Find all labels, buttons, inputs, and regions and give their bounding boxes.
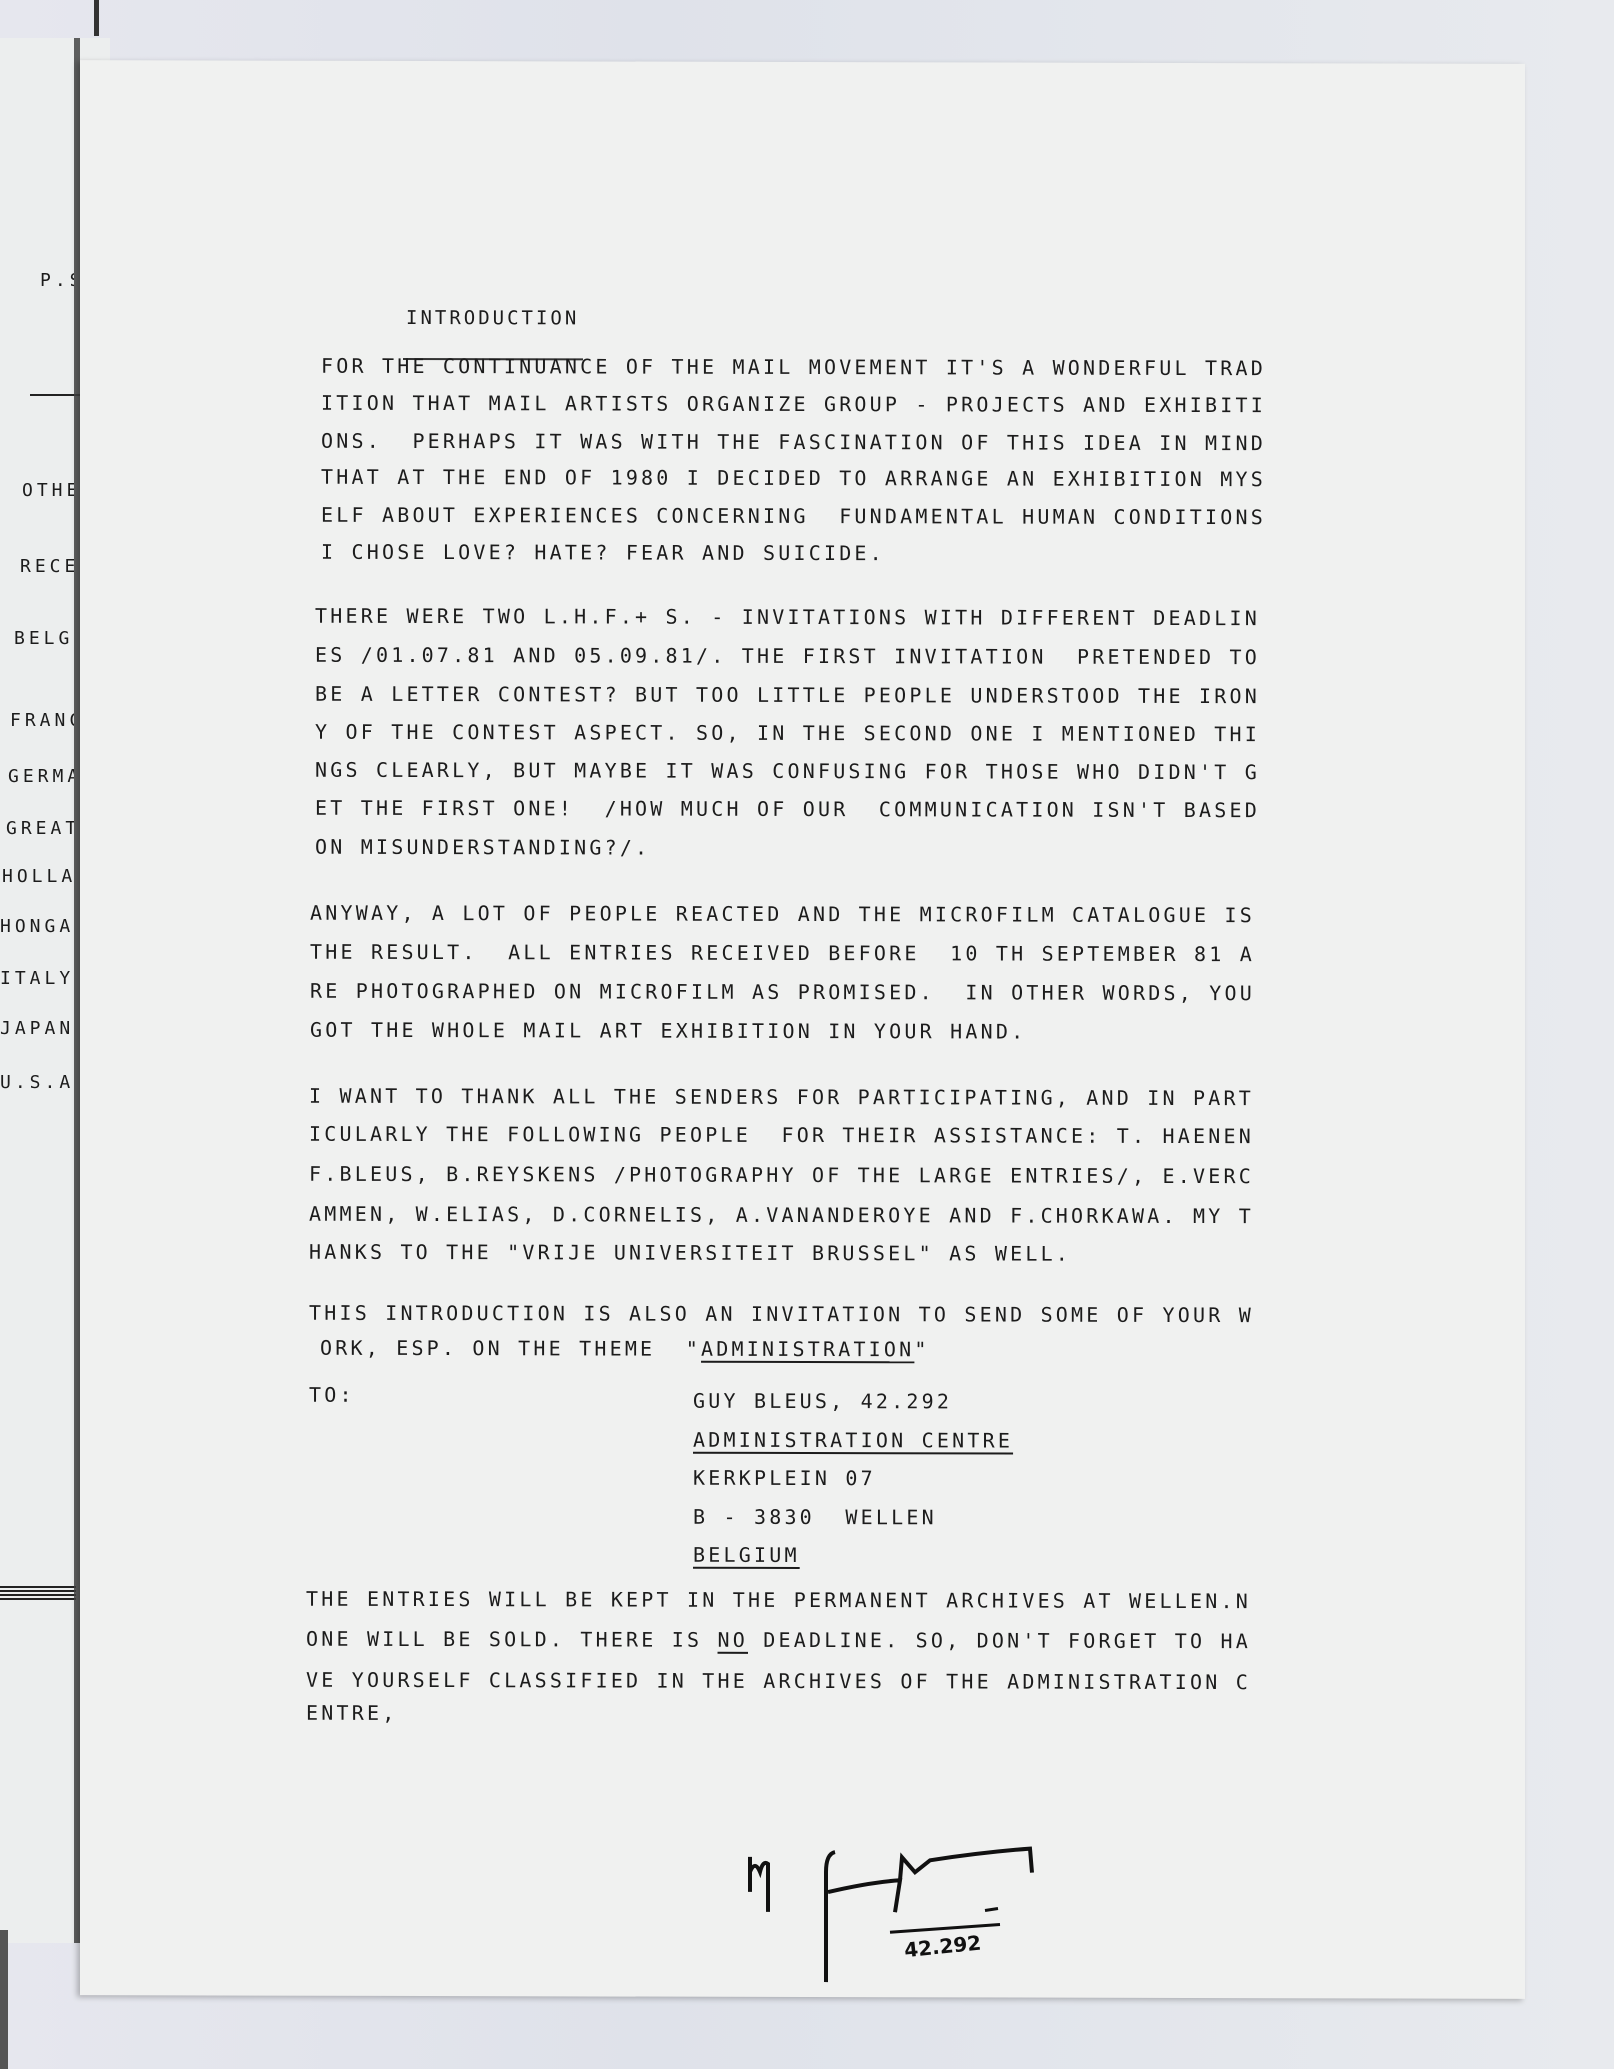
text-line: ES /01.07.81 AND 05.09.81/. THE FIRST IN…: [315, 643, 1260, 669]
back-sheet-item: U.S.A.: [0, 1072, 74, 1093]
text-line: ONS. PERHAPS IT WAS WITH THE FASCINATION…: [321, 429, 1266, 455]
text-line: ITION THAT MAIL ARTISTS ORGANIZE GROUP -…: [321, 391, 1266, 417]
text-line: ET THE FIRST ONE! /HOW MUCH OF OUR COMMU…: [315, 796, 1260, 822]
theme-word: ADMINISTRATION: [701, 1337, 914, 1362]
text-line: ELF ABOUT EXPERIENCES CONCERNING FUNDAME…: [321, 503, 1266, 529]
text-line: THAT AT THE END OF 1980 I DECIDED TO ARR…: [321, 465, 1266, 491]
text-line: NGS CLEARLY, BUT MAYBE IT WAS CONFUSING …: [315, 758, 1260, 784]
back-sheet-item: RECE: [20, 556, 74, 577]
address-name: GUY BLEUS, 42.292: [693, 1389, 952, 1414]
text-line: THERE WERE TWO L.H.F.+ S. - INVITATIONS …: [315, 604, 1260, 630]
back-sheet-item: GERMA: [8, 766, 74, 787]
closing-line-2: ONE WILL BE SOLD. THERE IS NO DEADLINE. …: [306, 1627, 1251, 1653]
back-sheet-item: BELG: [14, 628, 74, 649]
text-line: F.BLEUS, B.REYSKENS /PHOTOGRAPHY OF THE …: [309, 1162, 1254, 1188]
text-line: ANYWAY, A LOT OF PEOPLE REACTED AND THE …: [310, 901, 1255, 927]
text-line: Y OF THE CONTEST ASPECT. SO, IN THE SECO…: [315, 720, 1260, 746]
address-org: ADMINISTRATION CENTRE: [693, 1428, 1013, 1453]
text-line: HANKS TO THE "VRIJE UNIVERSITEIT BRUSSEL…: [309, 1240, 1071, 1266]
back-sheet-corner: [0, 1930, 8, 2069]
back-sheet-item: GREAT: [6, 818, 74, 839]
to-label: TO:: [309, 1383, 355, 1407]
document-page: INTRODUCTION FOR THE CONTINUANCE OF THE …: [80, 60, 1525, 1999]
text-line: I WANT TO THANK ALL THE SENDERS FOR PART…: [309, 1084, 1254, 1110]
text-line: RE PHOTOGRAPHED ON MICROFILM AS PROMISED…: [310, 979, 1255, 1005]
emphasis-no: NO: [718, 1628, 748, 1652]
closing-line-4: ENTRE,: [306, 1701, 397, 1725]
back-sheet-item: HOLLA: [2, 866, 74, 887]
back-sheet-item: FRANC: [10, 710, 74, 731]
svg-text:42.292: 42.292: [903, 1931, 982, 1963]
address-street: KERKPLEIN 07: [693, 1466, 876, 1490]
theme-line: ORK, ESP. ON THE THEME "ADMINISTRATION": [320, 1336, 930, 1362]
signature: 42.292: [730, 1832, 1040, 2003]
text-line: AMMEN, W.ELIAS, D.CORNELIS, A.VANANDEROY…: [309, 1202, 1254, 1228]
back-sheet-edge-top: [94, 0, 99, 36]
address-country: BELGIUM: [693, 1543, 800, 1567]
back-sheet-item: OTHE: [22, 480, 74, 501]
closing-line-3: VE YOURSELF CLASSIFIED IN THE ARCHIVES O…: [306, 1668, 1251, 1694]
address-city: B - 3830 WELLEN: [693, 1505, 937, 1530]
back-sheet-bars: [0, 1586, 76, 1600]
text-line: FOR THE CONTINUANCE OF THE MAIL MOVEMENT…: [321, 354, 1266, 380]
body-text: FOR THE CONTINUANCE OF THE MAIL MOVEMENT…: [80, 60, 1525, 64]
closing-line-1: THE ENTRIES WILL BE KEPT IN THE PERMANEN…: [306, 1587, 1251, 1613]
page-title: INTRODUCTION: [406, 307, 579, 329]
text-line: THIS INTRODUCTION IS ALSO AN INVITATION …: [309, 1301, 1254, 1327]
back-sheet-item: P.S: [40, 270, 74, 291]
text-line: ICULARLY THE FOLLOWING PEOPLE FOR THEIR …: [309, 1122, 1254, 1148]
back-sheet-item: HONGA: [0, 916, 74, 937]
text-line: GOT THE WHOLE MAIL ART EXHIBITION IN YOU…: [310, 1018, 1026, 1044]
text-line: I CHOSE LOVE? HATE? FEAR AND SUICIDE.: [321, 540, 885, 565]
text-line: THE RESULT. ALL ENTRIES RECEIVED BEFORE …: [310, 940, 1255, 966]
text-line: ON MISUNDERSTANDING?/.: [315, 835, 650, 860]
text-line: BE A LETTER CONTEST? BUT TOO LITTLE PEOP…: [315, 682, 1260, 708]
back-sheet-item: ITALY: [0, 968, 74, 989]
back-sheet-item: JAPAN: [0, 1018, 74, 1039]
